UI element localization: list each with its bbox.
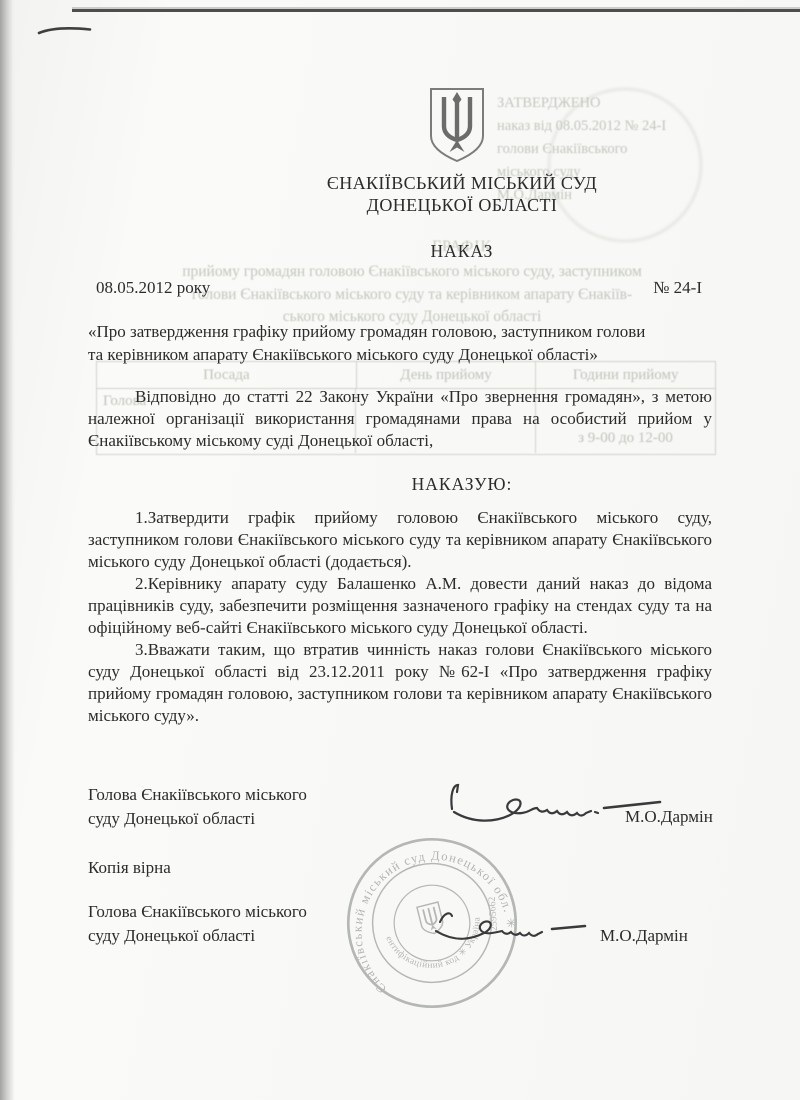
scanned-document-page: ЗАТВЕРДЖЕНО наказ від 08.05.2012 № 24-І … [0, 0, 800, 1100]
order-items: 1.Затвердити графік прийому головою Єнак… [88, 507, 712, 727]
document-type-heading: НАКАЗ [150, 241, 774, 262]
order-number: № 24-І [653, 278, 712, 298]
handwritten-signature [444, 779, 662, 831]
court-name-line2: ДОНЕЦЬКОЇ ОБЛАСТІ [150, 194, 774, 216]
order-item-1: 1.Затвердити графік прийому головою Єнак… [88, 507, 712, 573]
document-content: ЄНАКІЇВСЬКИЙ МІСЬКИЙ СУД ДОНЕЦЬКОЇ ОБЛАС… [0, 0, 800, 1100]
copy-certification-note: Копія вірна [88, 858, 171, 878]
court-name-line1: ЄНАКІЇВСЬКИЙ МІСЬКИЙ СУД [150, 172, 774, 194]
order-title: «Про затвердження графіку прийому громад… [88, 321, 720, 366]
handwritten-signature [432, 904, 592, 950]
order-item-2: 2.Керівнику апарату суду Балашенко А.М. … [88, 573, 712, 639]
order-title-line2: та керівником апарату Єнакіївського місь… [88, 344, 720, 367]
order-item-3: 3.Вважати таким, що втратив чинність нак… [88, 639, 712, 727]
court-name: ЄНАКІЇВСЬКИЙ МІСЬКИЙ СУД ДОНЕЦЬКОЇ ОБЛАС… [150, 172, 774, 216]
resolve-heading: НАКАЗУЮ: [150, 474, 774, 495]
order-date: 08.05.2012 року [88, 278, 210, 298]
date-number-row: 08.05.2012 року № 24-І [88, 278, 712, 298]
order-title-line1: «Про затвердження графіку прийому громад… [88, 321, 720, 344]
signature-block-first: Голова Єнакіївського міського суду Донец… [88, 783, 712, 831]
signer-name: М.О.Дармін [600, 924, 688, 948]
order-preamble: Відповідно до статті 22 Закону України «… [88, 386, 712, 452]
ukraine-trident-emblem-icon [424, 86, 490, 164]
